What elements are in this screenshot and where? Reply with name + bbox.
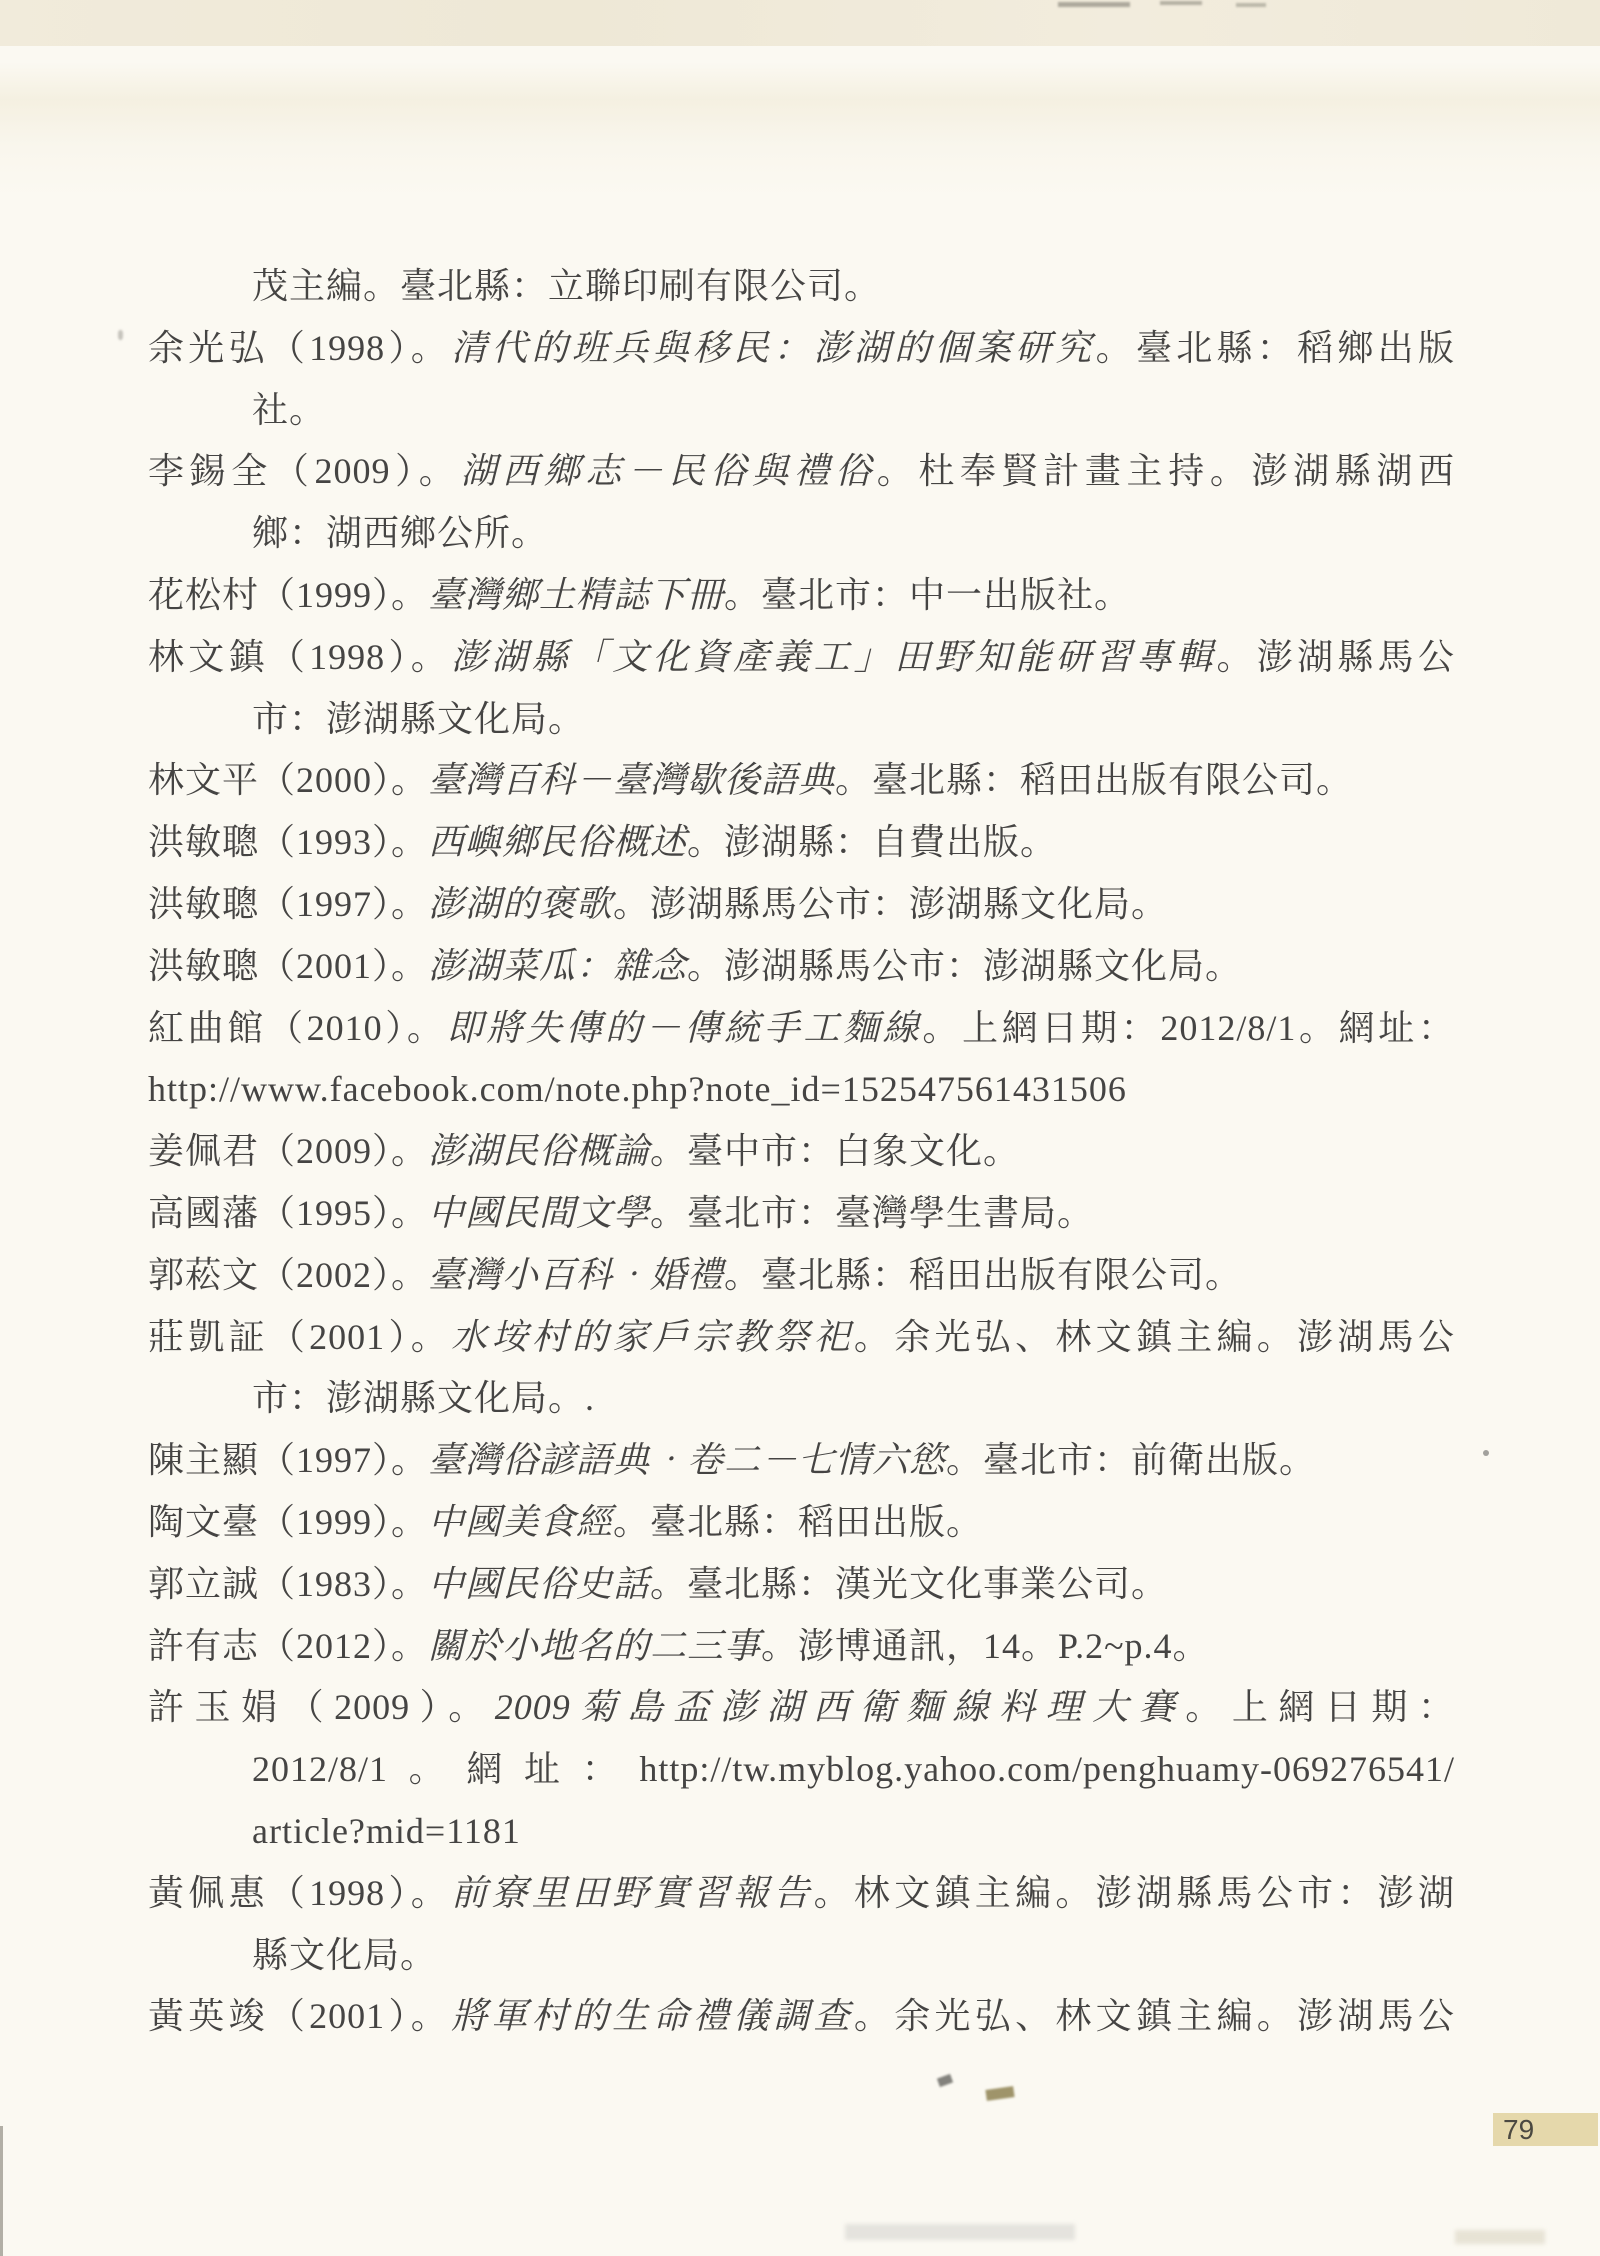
reference-line: 黃佩惠（1998）。前寮里田野實習報告。林文鎮主編。澎湖縣馬公市：澎湖 [148,1863,1455,1925]
reference-text: 。澎湖縣馬公 [1217,637,1455,677]
reference-text: http://www.facebook.com/note.php?note_id… [148,1069,1127,1109]
reference-line: 社。 [148,380,1455,442]
reference-line: 林文平（2000）。臺灣百科－臺灣歇後語典。臺北縣：稻田出版有限公司。 [148,750,1455,812]
reference-text: 。杜奉賢計畫主持。澎湖縣湖西 [877,451,1455,491]
reference-line: 洪敏聰（1993）。西嶼鄉民俗概述。澎湖縣：自費出版。 [148,812,1455,874]
reference-text: 鄉：湖西鄉公所。 [252,513,548,553]
reference-title: 臺灣鄉土精誌下冊 [428,575,724,615]
reference-text: 縣文化局。 [252,1935,437,1975]
reference-line: http://www.facebook.com/note.php?note_id… [148,1059,1455,1121]
reference-text: 洪敏聰（1997）。 [148,884,428,924]
reference-title: 澎湖縣「文化資產義工」田野知能研習專輯 [451,637,1217,677]
reference-title: 將軍村的生命禮儀調查 [451,1996,854,2036]
reference-text: 。上網日期： [1185,1687,1455,1727]
reference-text: 林文平（2000）。 [148,760,428,800]
reference-line: 黃英竣（2001）。將軍村的生命禮儀調查。余光弘、林文鎮主編。澎湖馬公 [148,1986,1455,2048]
reference-line: 洪敏聰（1997）。澎湖的褒歌。澎湖縣馬公市：澎湖縣文化局。 [148,874,1455,936]
reference-line: 2012/8/1。網址：http://tw.myblog.yahoo.com/p… [148,1739,1455,1801]
reference-title: 澎湖的褒歌 [428,884,613,924]
reference-text: 。林文鎮主編。澎湖縣馬公市：澎湖 [814,1873,1455,1913]
reference-line: 許有志（2012）。關於小地名的二三事。澎博通訊，14。P.2~p.4。 [148,1616,1455,1678]
reference-line: 紅曲館（2010）。即將失傳的－傳統手工麵線。上網日期：2012/8/1。網址： [148,998,1455,1060]
reference-text: 。臺北市：中一出版社。 [724,575,1131,615]
reference-line: 郭立誠（1983）。中國民俗史話。臺北縣：漢光文化事業公司。 [148,1554,1455,1616]
reference-line: 許玉娟（2009）。2009菊島盃澎湖西衛麵線料理大賽。上網日期： [148,1677,1455,1739]
reference-text: 郭菘文（2002）。 [148,1255,428,1295]
reference-title: 臺灣百科－臺灣歇後語典 [428,760,835,800]
reference-text: 。臺北縣：稻田出版有限公司。 [835,760,1353,800]
reference-text: 李錫全（2009）。 [148,451,460,491]
reference-title: 湖西鄉志－民俗與禮俗 [460,451,876,491]
reference-line: 花松村（1999）。臺灣鄉土精誌下冊。臺北市：中一出版社。 [148,565,1455,627]
reference-line: 余光弘（1998）。清代的班兵與移民：澎湖的個案研究。臺北縣：稻鄉出版 [148,318,1455,380]
reference-line: 莊凱証（2001）。水垵村的家戶宗教祭祀。余光弘、林文鎮主編。澎湖馬公 [148,1307,1455,1369]
reference-text: article?mid=1181 [252,1811,521,1851]
reference-text: 市：澎湖縣文化局。 [252,699,585,739]
reference-text: 許玉娟（2009）。 [148,1687,495,1727]
reference-title: 2009菊島盃澎湖西衛麵線料理大賽 [495,1687,1186,1727]
reference-title: 前寮里田野實習報告 [451,1873,814,1913]
reference-line: 市：澎湖縣文化局。 [148,689,1455,751]
reference-title: 清代的班兵與移民：澎湖的個案研究 [451,328,1096,368]
scan-artifact [118,330,123,340]
scan-artifact [985,2086,1014,2101]
reference-text: 。臺北縣：漢光文化事業公司。 [650,1564,1168,1604]
reference-text: 。澎博通訊，14。P.2~p.4。 [761,1626,1210,1666]
reference-text: 。臺北市：臺灣學生書局。 [650,1193,1094,1233]
page-number-badge: 79 [1493,2113,1598,2146]
scan-edge-line [0,2126,3,2256]
reference-line: 陶文臺（1999）。中國美食經。臺北縣：稻田出版。 [148,1492,1455,1554]
reference-text: 。臺北縣：稻田出版有限公司。 [724,1255,1242,1295]
reference-text: 。臺北縣：稻田出版。 [613,1502,983,1542]
reference-text: 高國藩（1995）。 [148,1193,428,1233]
reference-text: 。臺北縣：稻鄉出版 [1096,328,1455,368]
document-page: 茂主編。臺北縣：立聯印刷有限公司。余光弘（1998）。清代的班兵與移民：澎湖的個… [0,0,1600,2256]
reference-text: 茂主編。臺北縣：立聯印刷有限公司。 [252,266,881,306]
references-list: 茂主編。臺北縣：立聯印刷有限公司。余光弘（1998）。清代的班兵與移民：澎湖的個… [148,256,1455,2048]
reference-text: 2012/8/1。網址：http://tw.myblog.yahoo.com/p… [252,1749,1455,1789]
reference-text: 。澎湖縣：自費出版。 [687,822,1057,862]
reference-title: 中國民俗史話 [428,1564,650,1604]
reference-text: 余光弘（1998）。 [148,328,451,368]
reference-text: 。余光弘、林文鎮主編。澎湖馬公 [854,1317,1455,1357]
scan-top-band [0,0,1600,46]
reference-title: 臺灣俗諺語典‧卷二－七情六慾 [428,1440,946,1480]
scan-artifact [845,2224,1075,2240]
reference-text: 市：澎湖縣文化局。. [252,1378,595,1418]
page-number: 79 [1503,2114,1534,2146]
reference-text: 黃英竣（2001）。 [148,1996,451,2036]
scan-artifact [1483,1450,1489,1456]
reference-title: 澎湖菜瓜：雜念 [428,946,687,986]
reference-line: 洪敏聰（2001）。澎湖菜瓜：雜念。澎湖縣馬公市：澎湖縣文化局。 [148,936,1455,998]
reference-text: 。上網日期：2012/8/1。網址： [922,1008,1455,1048]
reference-title: 水垵村的家戶宗教祭祀 [451,1317,854,1357]
reference-line: 郭菘文（2002）。臺灣小百科‧婚禮。臺北縣：稻田出版有限公司。 [148,1245,1455,1307]
reference-title: 中國民間文學 [428,1193,650,1233]
reference-title: 臺灣小百科‧婚禮 [428,1255,724,1295]
reference-text: 。臺北市：前衛出版。 [946,1440,1316,1480]
scan-soft-band [0,62,1600,197]
reference-line: 林文鎮（1998）。澎湖縣「文化資產義工」田野知能研習專輯。澎湖縣馬公 [148,627,1455,689]
reference-text: 花松村（1999）。 [148,575,428,615]
scan-artifact [937,2074,953,2087]
reference-text: 林文鎮（1998）。 [148,637,451,677]
reference-title: 即將失傳的－傳統手工麵線 [447,1008,923,1048]
reference-text: 陳主顯（1997）。 [148,1440,428,1480]
reference-line: 高國藩（1995）。中國民間文學。臺北市：臺灣學生書局。 [148,1183,1455,1245]
reference-text: 姜佩君（2009）。 [148,1131,428,1171]
reference-text: 洪敏聰（1993）。 [148,822,428,862]
reference-text: 黃佩惠（1998）。 [148,1873,451,1913]
reference-line: 市：澎湖縣文化局。. [148,1368,1455,1430]
reference-text: 莊凱証（2001）。 [148,1317,451,1357]
reference-title: 西嶼鄉民俗概述 [428,822,687,862]
reference-title: 澎湖民俗概論 [428,1131,650,1171]
reference-line: 縣文化局。 [148,1925,1455,1987]
reference-text: 洪敏聰（2001）。 [148,946,428,986]
reference-text: 許有志（2012）。 [148,1626,428,1666]
reference-title: 中國美食經 [428,1502,613,1542]
reference-text: 陶文臺（1999）。 [148,1502,428,1542]
reference-text: 。余光弘、林文鎮主編。澎湖馬公 [854,1996,1455,2036]
reference-text: 。澎湖縣馬公市：澎湖縣文化局。 [687,946,1242,986]
reference-text: 。澎湖縣馬公市：澎湖縣文化局。 [613,884,1168,924]
reference-line: 陳主顯（1997）。臺灣俗諺語典‧卷二－七情六慾。臺北市：前衛出版。 [148,1430,1455,1492]
reference-line: 姜佩君（2009）。澎湖民俗概論。臺中市：白象文化。 [148,1121,1455,1183]
scan-artifact [1455,2230,1545,2244]
reference-line: 茂主編。臺北縣：立聯印刷有限公司。 [148,256,1455,318]
reference-line: 鄉：湖西鄉公所。 [148,503,1455,565]
reference-text: 郭立誠（1983）。 [148,1564,428,1604]
reference-text: 社。 [252,390,326,430]
reference-line: 李錫全（2009）。湖西鄉志－民俗與禮俗。杜奉賢計畫主持。澎湖縣湖西 [148,441,1455,503]
reference-text: 紅曲館（2010）。 [148,1008,447,1048]
reference-line: article?mid=1181 [148,1801,1455,1863]
reference-title: 關於小地名的二三事 [428,1626,761,1666]
reference-text: 。臺中市：白象文化。 [650,1131,1020,1171]
